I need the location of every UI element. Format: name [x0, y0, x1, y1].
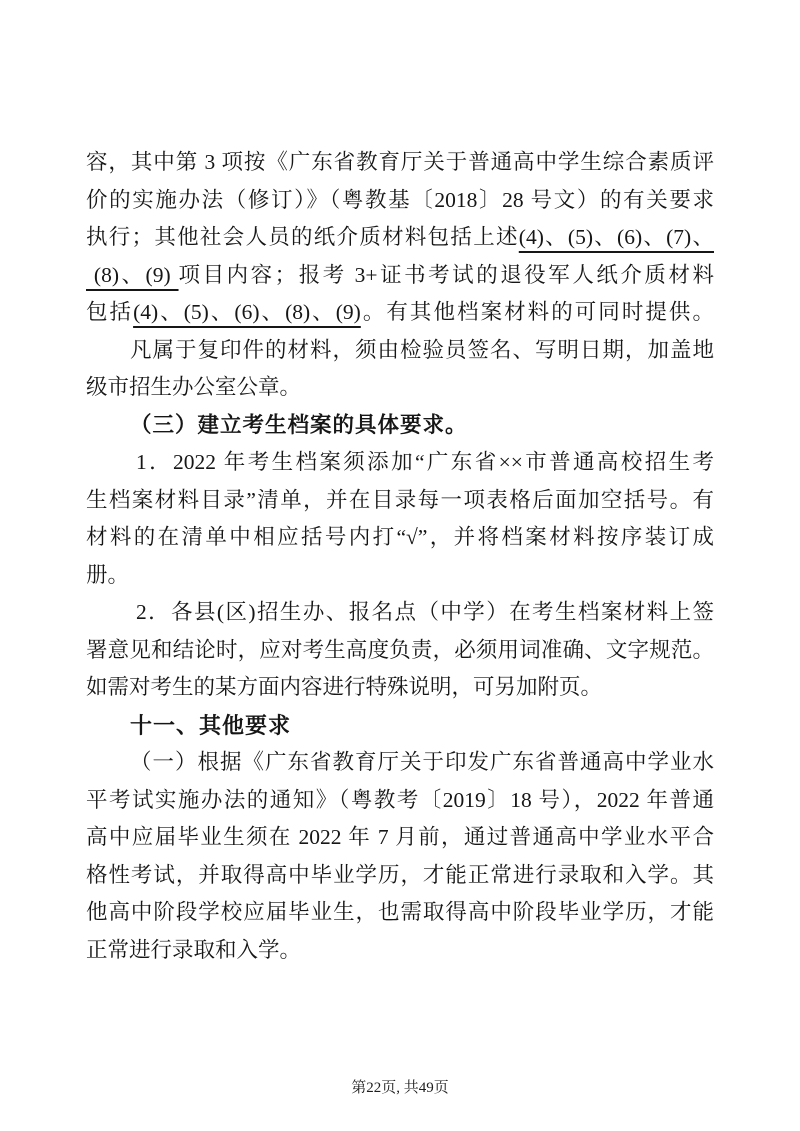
text-segment: 平考试实施办法的通知》（粤教考〔2019〕18 号），2022 年普通 [86, 788, 714, 812]
text-segment: 如需对考生的某方面内容进行特殊说明，可另加附页。 [86, 675, 602, 699]
text-line: 凡属于复印件的材料，须由检验员签名、写明日期，加盖地 [86, 332, 714, 370]
document-page: 容，其中第 3 项按《广东省教育厅关于普通高中学生综合素质评价的实施办法（修订）… [0, 0, 800, 1131]
text-line: 价的实施办法（修订）》（粤教基〔2018〕28 号文）的有关要求 [86, 182, 714, 220]
text-line: 十一、其他要求 [86, 707, 714, 745]
text-segment: 他高中阶段学校应届毕业生，也需取得高中阶段毕业学历，才能 [86, 900, 714, 924]
text-segment: 署意见和结论时，应对考生高度负责，必须用词准确、文字规范。 [86, 638, 714, 662]
text-line: （一）根据《广东省教育厅关于印发广东省普通高中学业水 [86, 744, 714, 782]
text-segment: 价的实施办法（修订）》（粤教基〔2018〕28 号文）的有关要求 [86, 188, 714, 212]
text-line: 包括(4)、(5)、(6)、(8)、(9)。有其他档案材料的可同时提供。 [86, 294, 714, 332]
text-line: 1．2022 年考生档案须添加“广东省××市普通高校招生考 [86, 444, 714, 482]
text-segment: （三）建立考生档案的具体要求。 [130, 413, 468, 437]
page-number-footer: 第22页, 共49页 [0, 1076, 800, 1097]
text-segment: 容，其中第 3 项按《广东省教育厅关于普通高中学生综合素质评 [86, 150, 714, 174]
text-segment: 2．各县(区)招生办、报名点（中学）在考生档案材料上签 [136, 600, 714, 624]
text-segment: 包括 [86, 300, 133, 324]
text-segment: 格性考试，并取得高中毕业学历，才能正常进行录取和入学。其 [86, 863, 714, 887]
underlined-text: (4)、(5)、(6)、(8)、(9) [133, 300, 361, 324]
text-line: 2．各县(区)招生办、报名点（中学）在考生档案材料上签 [86, 594, 714, 632]
text-segment: 高中应届毕业生须在 2022 年 7 月前，通过普通高中学业水平合 [86, 825, 714, 849]
text-segment: （一）根据《广东省教育厅关于印发广东省普通高中学业水 [130, 750, 714, 774]
text-segment: 。有其他档案材料的可同时提供。 [361, 300, 714, 324]
text-line: 署意见和结论时，应对考生高度负责，必须用词准确、文字规范。 [86, 632, 714, 670]
text-line: 生档案材料目录”清单，并在目录每一项表格后面加空括号。有 [86, 482, 714, 520]
text-line: 级市招生办公室公章。 [86, 369, 714, 407]
text-line: 执行；其他社会人员的纸介质材料包括上述(4)、(5)、(6)、(7)、 [86, 219, 714, 257]
text-segment: 生档案材料目录”清单，并在目录每一项表格后面加空括号。有 [86, 488, 714, 512]
text-line: 格性考试，并取得高中毕业学历，才能正常进行录取和入学。其 [86, 857, 714, 895]
text-segment: 项目内容；报考 3+证书考试的退役军人纸介质材料 [179, 263, 714, 287]
text-line: 容，其中第 3 项按《广东省教育厅关于普通高中学生综合素质评 [86, 144, 714, 182]
text-line: 册。 [86, 557, 714, 595]
text-line: 正常进行录取和入学。 [86, 932, 714, 970]
text-segment: 十一、其他要求 [130, 713, 291, 738]
underlined-text: (4)、(5)、(6)、(7)、 [519, 225, 714, 249]
text-segment: 正常进行录取和入学。 [86, 938, 301, 962]
text-segment: 凡属于复印件的材料，须由检验员签名、写明日期，加盖地 [130, 338, 714, 362]
underlined-text: (8)、(9) [86, 263, 179, 287]
text-segment: 执行；其他社会人员的纸介质材料包括上述 [86, 225, 519, 249]
text-segment: 册。 [86, 563, 129, 587]
text-line: 高中应届毕业生须在 2022 年 7 月前，通过普通高中学业水平合 [86, 819, 714, 857]
document-body: 容，其中第 3 项按《广东省教育厅关于普通高中学生综合素质评价的实施办法（修订）… [86, 144, 714, 969]
text-segment: 材料的在清单中相应括号内打“√”，并将档案材料按序装订成 [86, 525, 714, 549]
text-segment: 级市招生办公室公章。 [86, 375, 301, 399]
text-line: （三）建立考生档案的具体要求。 [86, 407, 714, 445]
text-line: 如需对考生的某方面内容进行特殊说明，可另加附页。 [86, 669, 714, 707]
text-line: (8)、(9) 项目内容；报考 3+证书考试的退役军人纸介质材料 [86, 257, 714, 295]
text-line: 材料的在清单中相应括号内打“√”，并将档案材料按序装订成 [86, 519, 714, 557]
text-line: 平考试实施办法的通知》（粤教考〔2019〕18 号），2022 年普通 [86, 782, 714, 820]
text-line: 他高中阶段学校应届毕业生，也需取得高中阶段毕业学历，才能 [86, 894, 714, 932]
text-segment: 1．2022 年考生档案须添加“广东省××市普通高校招生考 [136, 450, 714, 474]
